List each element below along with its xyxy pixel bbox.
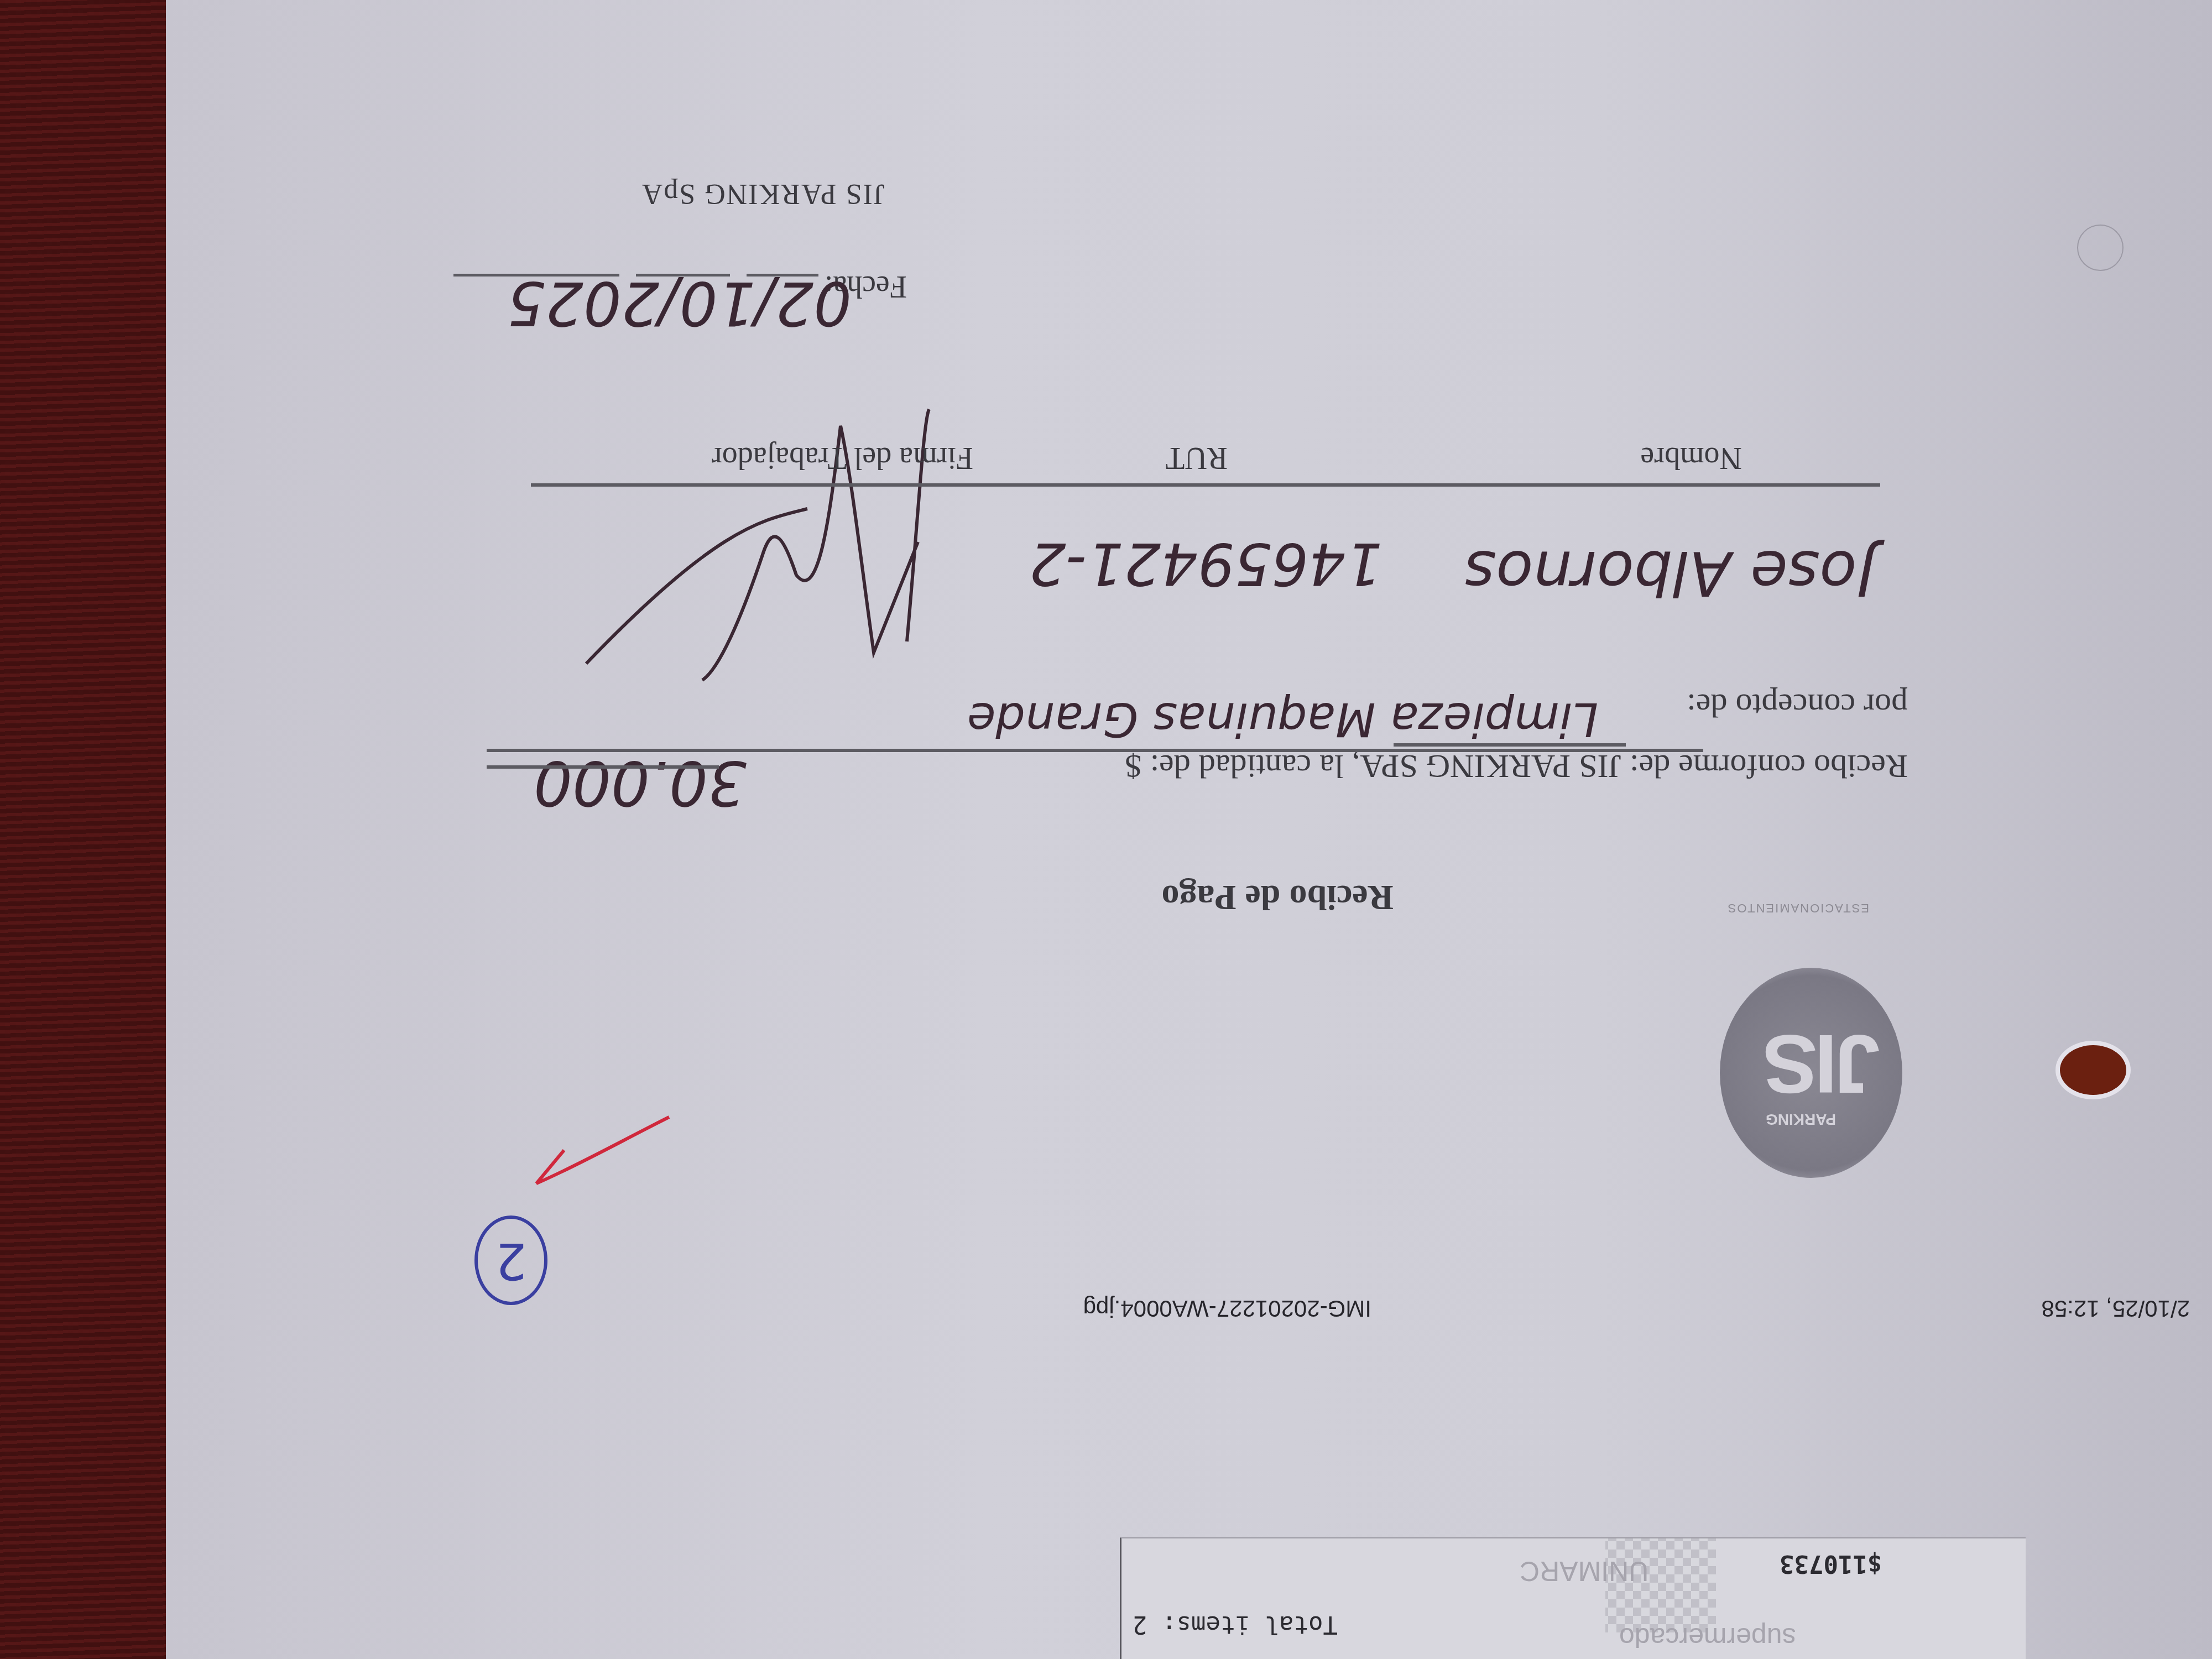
circled-page-number: 2 (474, 1215, 547, 1305)
statement-prefix: Recibo conforme de: (1630, 748, 1908, 785)
date-day: 02 (776, 268, 852, 337)
print-filename: IMG-20201227-WA0004.jpg (1083, 1295, 1371, 1322)
amount-value: 30.000 (534, 748, 747, 818)
amount-line (487, 765, 719, 769)
punch-hole-outline (2077, 225, 2124, 271)
thermal-receipt: supermercado UNIMARC Total items: 2 $110… (1120, 1537, 2026, 1659)
date-day-line (747, 274, 818, 276)
thermal-total-items: Total items: 2 (1133, 1610, 1338, 1639)
thermal-faint-text-2: UNIMARC (1520, 1555, 1648, 1587)
thermal-total-amount: $110733 (1780, 1550, 1882, 1578)
concepto-label: por concepto de: (1687, 686, 1908, 724)
concepto-line (487, 749, 1703, 752)
worker-rut: 14659421-2 (1029, 530, 1383, 597)
label-firma: Firma del Trabajador (712, 440, 973, 476)
statement-company: JIS PARKING SPA (1360, 748, 1621, 785)
thermal-faint-text-1: supermercado (1619, 1621, 1796, 1653)
punch-hole (2060, 1045, 2126, 1095)
date-year: 2025 (507, 268, 659, 337)
receipt-paper: 2/10/25, 12:58 IMG-20201227-WA0004.jpg P… (166, 0, 2212, 1659)
signature-line (531, 483, 1880, 487)
date-value: 02/10/2025 (507, 268, 852, 337)
print-timestamp: 2/10/25, 12:58 (2041, 1295, 2190, 1322)
date-month-line (636, 274, 730, 276)
logo-tagline: ESTACIONAMIENTOS (1727, 901, 1869, 915)
jis-parking-logo: PARKING JIS (1720, 968, 1902, 1178)
receipt-page-rotated: 2/10/25, 12:58 IMG-20201227-WA0004.jpg P… (166, 0, 2212, 1659)
thermal-receipt-rotated: supermercado UNIMARC Total items: 2 $110… (1121, 1538, 2026, 1659)
date-year-line (453, 274, 619, 276)
date-month: 10 (680, 268, 755, 337)
red-check-mark-icon (531, 1112, 675, 1189)
concepto-value: Limpieza Maquinas Grande (967, 692, 1598, 747)
receipt-statement: Recibo conforme de: JIS PARKING SPA, la … (1125, 747, 1908, 785)
label-rut: RUT (1166, 440, 1228, 476)
statement-suffix: , la cantidad de: $ (1125, 748, 1360, 785)
logo-jis-text: JIS (1766, 1016, 1880, 1112)
worker-name: Jose Albornos (1464, 538, 1875, 608)
logo-parking-text: PARKING (1766, 1110, 1836, 1128)
label-nombre: Nombre (1640, 440, 1742, 476)
document-title: Recibo de Pago (1162, 877, 1394, 918)
footer-company: JIS PARKING SpA (641, 178, 885, 210)
